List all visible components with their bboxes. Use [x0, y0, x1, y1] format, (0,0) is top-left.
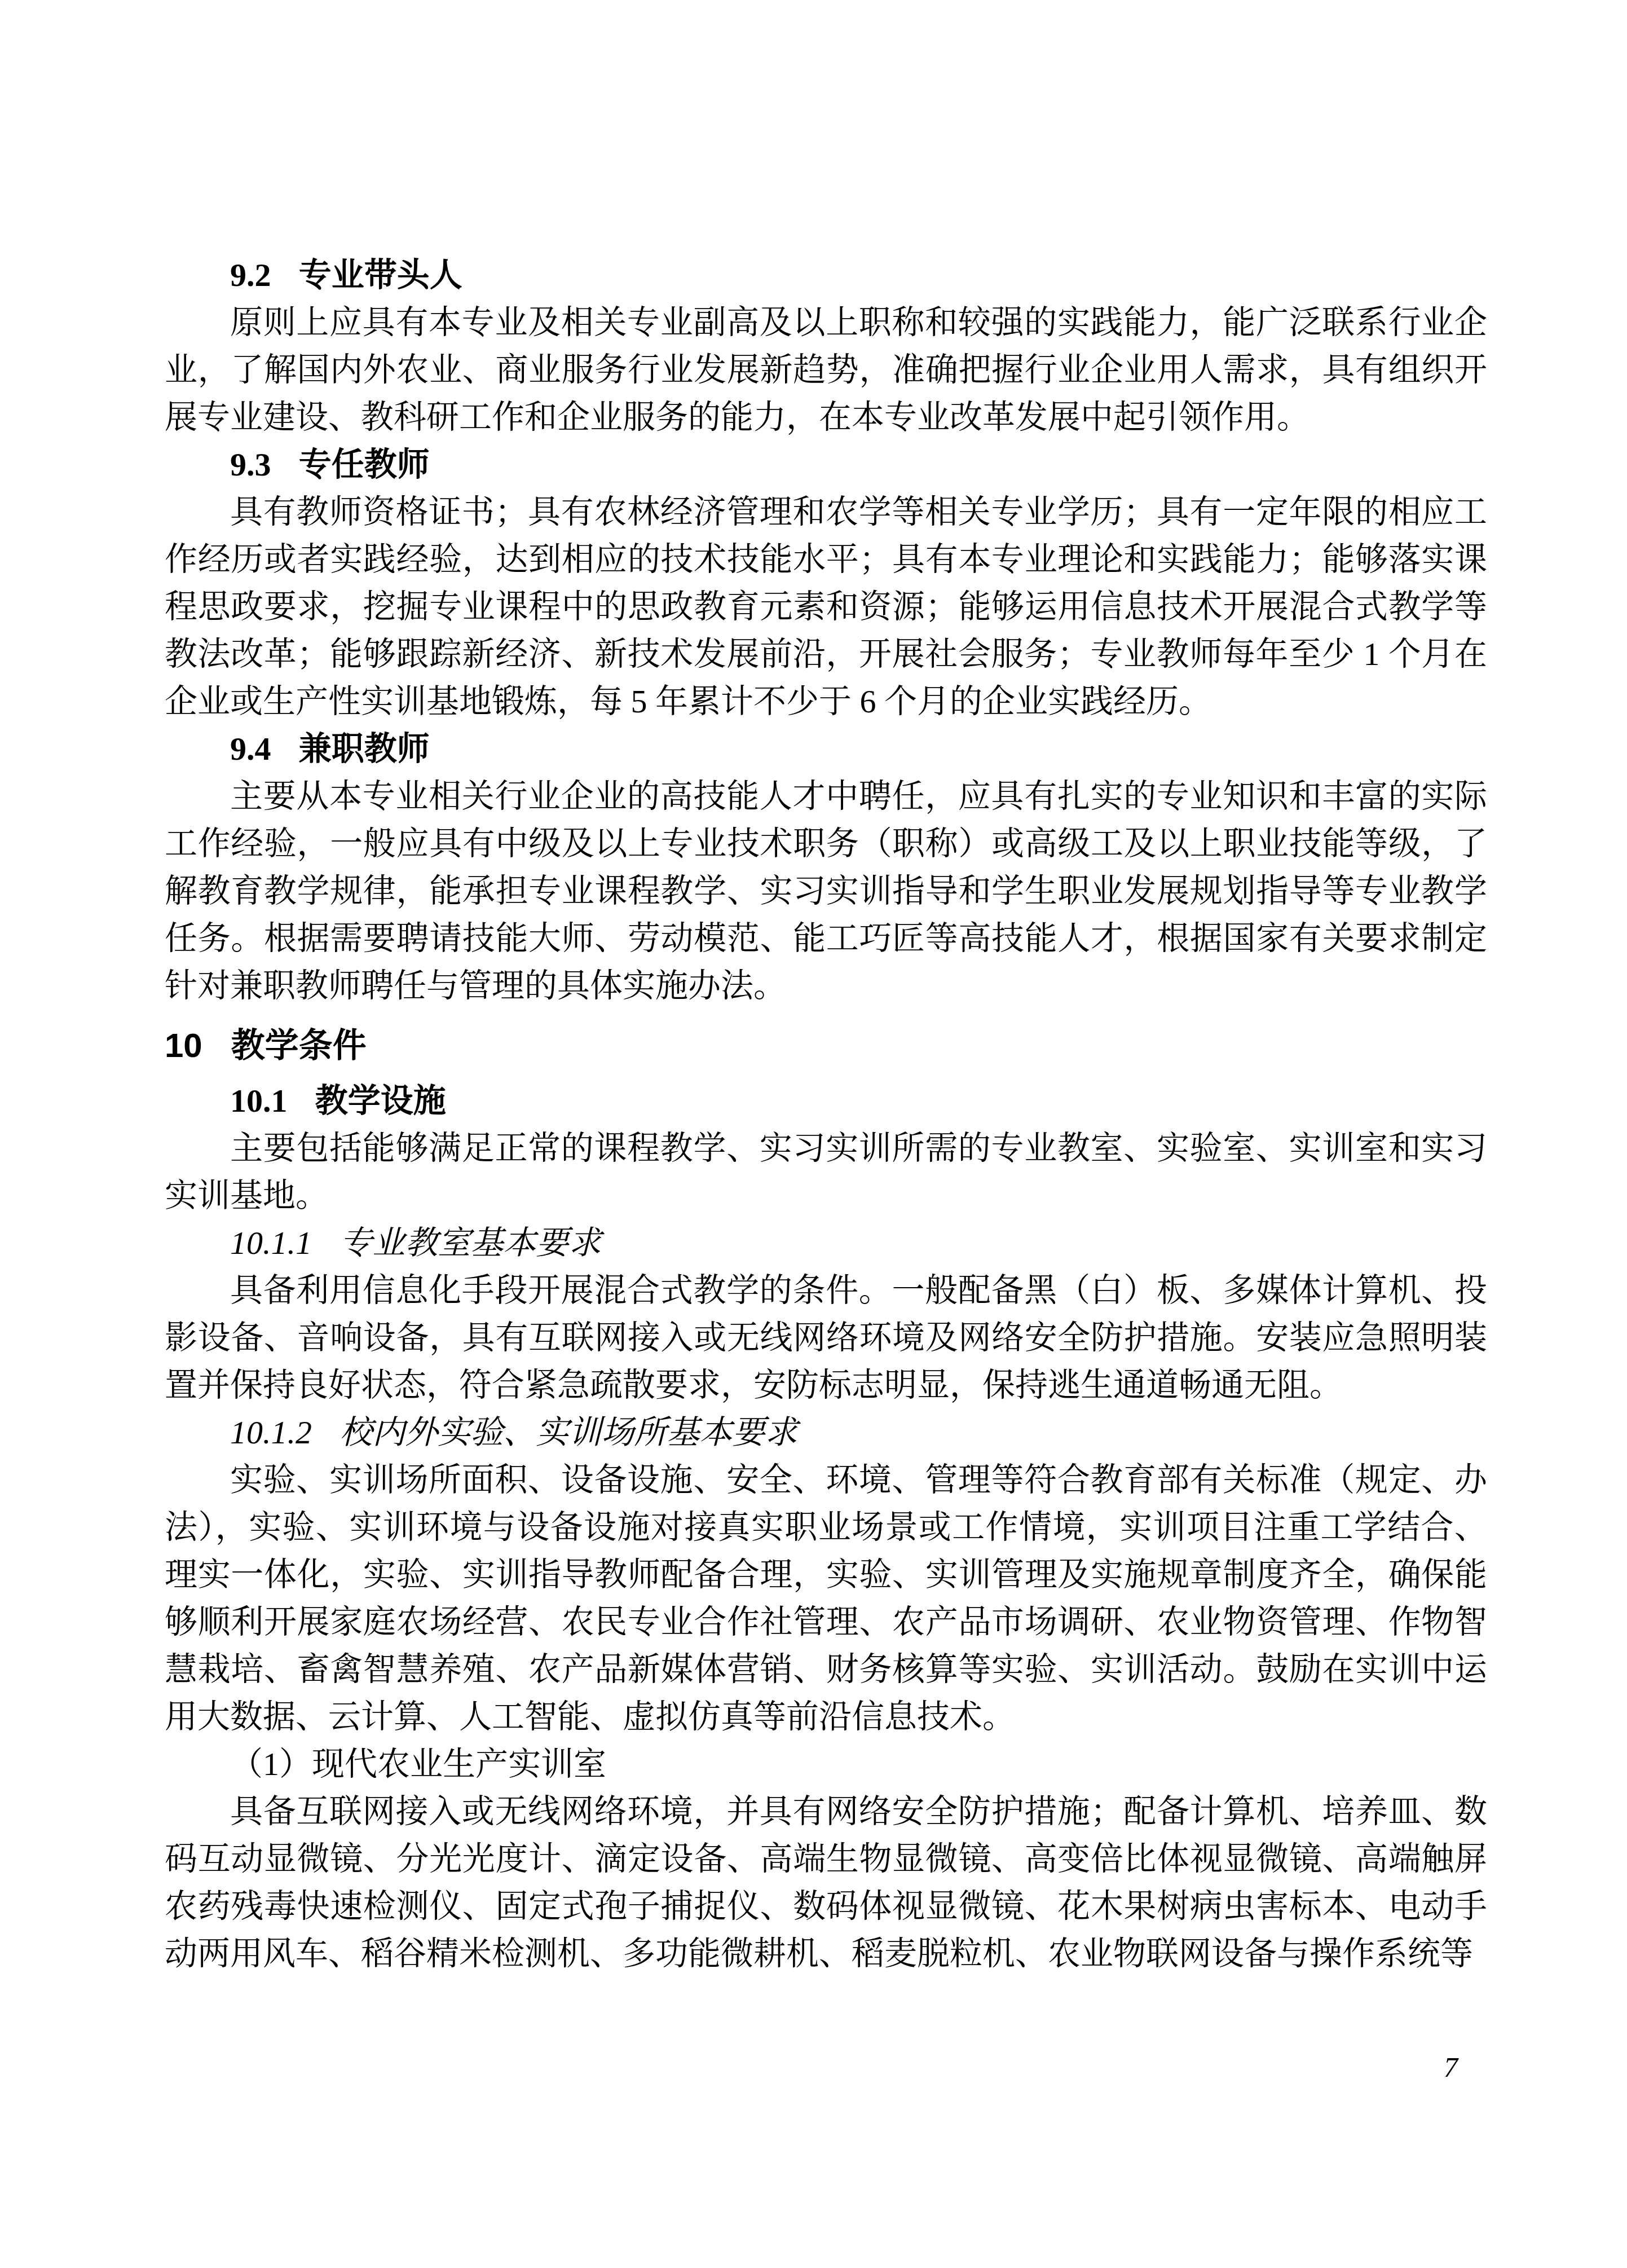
paragraph: 原则上应具有本专业及相关专业副高及以上职称和较强的实践能力，能广泛联系行业企业，… — [165, 299, 1487, 441]
heading-number: 9.4 — [230, 730, 271, 767]
heading-number: 10.1.1 — [230, 1225, 312, 1261]
heading-number: 10 — [165, 1027, 202, 1064]
heading-title: 专业带头人 — [299, 257, 462, 293]
section-heading: 10.1教学设施 — [165, 1077, 1487, 1125]
heading-number: 10.1 — [230, 1082, 288, 1119]
heading-title: 兼职教师 — [299, 730, 430, 767]
subsection-heading: 10.1.1专业教室基本要求 — [165, 1219, 1487, 1267]
section-heading: 9.2专业带头人 — [165, 252, 1487, 299]
heading-number: 9.2 — [230, 257, 271, 293]
heading-title: 校内外实验、实训场所基本要求 — [339, 1414, 797, 1451]
heading-title: 专任教师 — [299, 446, 430, 483]
section-heading: 9.4兼职教师 — [165, 725, 1487, 773]
heading-title: 专业教室基本要求 — [339, 1225, 601, 1261]
list-item-heading: （1）现代农业生产实训室 — [165, 1741, 1487, 1788]
paragraph: 具备互联网接入或无线网络环境，并具有网络安全防护措施；配备计算机、培养皿、数码互… — [165, 1788, 1487, 1978]
heading-number: 9.3 — [230, 446, 271, 483]
heading-number: 10.1.2 — [230, 1414, 312, 1451]
paragraph: 主要包括能够满足正常的课程教学、实习实训所需的专业教室、实验室、实训室和实习实训… — [165, 1125, 1487, 1219]
paragraph: 主要从本专业相关行业企业的高技能人才中聘任，应具有扎实的专业知识和丰富的实际工作… — [165, 773, 1487, 1010]
heading-title: 教学设施 — [315, 1082, 446, 1119]
paragraph: 具有教师资格证书；具有农林经济管理和农学等相关专业学历；具有一定年限的相应工作经… — [165, 488, 1487, 725]
subsection-heading: 10.1.2校内外实验、实训场所基本要求 — [165, 1409, 1487, 1456]
paragraph: 具备利用信息化手段开展混合式教学的条件。一般配备黑（白）板、多媒体计算机、投影设… — [165, 1267, 1487, 1409]
paragraph: 实验、实训场所面积、设备设施、安全、环境、管理等符合教育部有关标准（规定、办法）… — [165, 1456, 1487, 1741]
section-heading: 9.3专任教师 — [165, 441, 1487, 488]
page-content: 9.2专业带头人原则上应具有本专业及相关专业副高及以上职称和较强的实践能力，能广… — [165, 252, 1487, 1978]
document-page: 9.2专业带头人原则上应具有本专业及相关专业副高及以上职称和较强的实践能力，能广… — [0, 0, 1627, 2268]
heading-title: 教学条件 — [231, 1027, 367, 1064]
chapter-heading: 10教学条件 — [165, 1022, 1487, 1069]
page-number: 7 — [1444, 2051, 1458, 2084]
